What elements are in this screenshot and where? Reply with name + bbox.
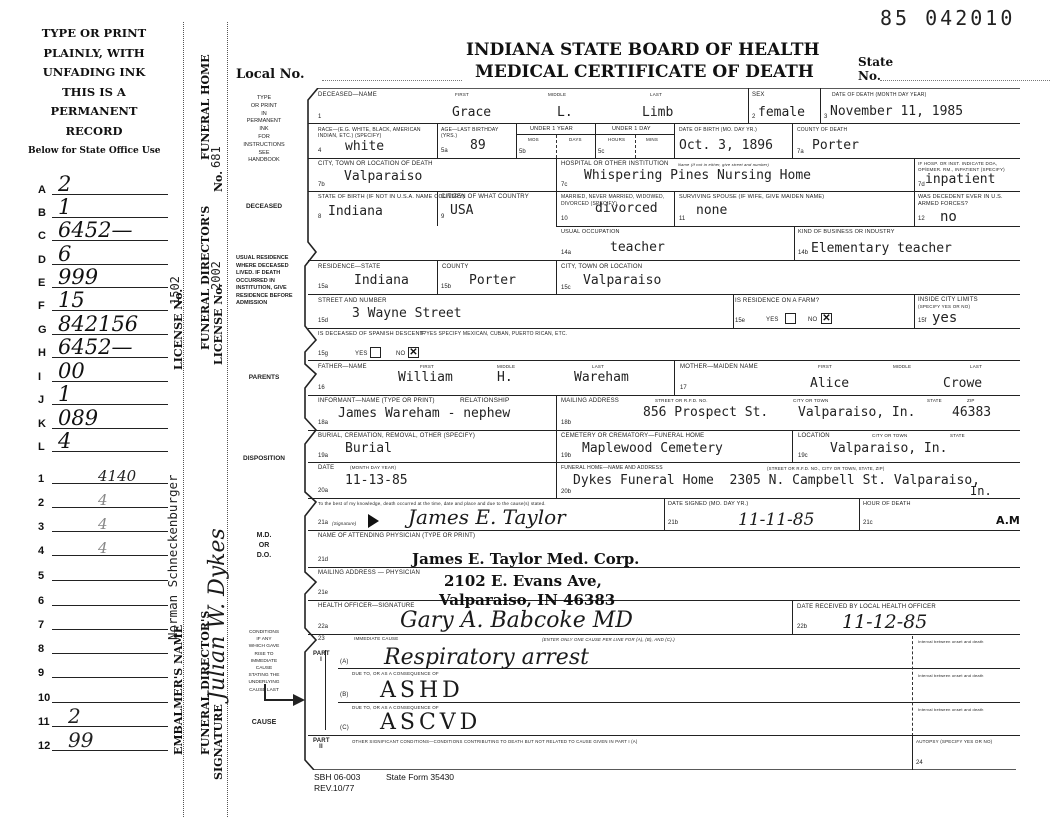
under-1-year-label: UNDER 1 YEAR: [530, 126, 573, 132]
res-county-label: COUNTY: [442, 264, 469, 270]
code-value[interactable]: 6: [58, 242, 71, 266]
rule: [792, 430, 793, 462]
field-number: 15e: [735, 318, 745, 324]
father-middle-label: MIDDLE: [497, 364, 515, 369]
note-line: SEE: [233, 150, 295, 158]
spanish-no-label: NO: [396, 351, 405, 357]
code-value[interactable]: 089: [58, 406, 98, 430]
code-key: C: [38, 230, 46, 242]
field-number: 14b: [798, 250, 808, 256]
field-number: 15g: [318, 351, 328, 357]
rule: [748, 88, 749, 123]
form-code: SBH 06-003: [314, 772, 360, 782]
rule: [733, 294, 734, 328]
note-line: PERMANENT: [233, 118, 295, 126]
field-number: 20a: [318, 488, 328, 494]
director-signature[interactable]: Julian W. Dykes: [205, 528, 230, 700]
father-middle[interactable]: H.: [497, 370, 513, 385]
embalmer-license-no[interactable]: 1502: [168, 276, 182, 305]
sex-label: SEX: [752, 92, 765, 98]
code-value[interactable]: 4140: [98, 467, 136, 485]
disposition-value[interactable]: Burial: [345, 441, 392, 456]
rule: [914, 158, 915, 226]
date-signed-label: DATE SIGNED (Mo. Day Yr.): [668, 501, 748, 507]
mother-middle-label: MIDDLE: [893, 364, 911, 369]
play-arrow-icon: [368, 514, 379, 528]
code-key: 12: [38, 740, 50, 752]
note-line: TYPE: [233, 95, 295, 103]
note-line: ADMISSION: [236, 300, 306, 308]
instruction-line: UNFADING INK: [20, 63, 168, 83]
deceased-first-name[interactable]: Grace: [452, 105, 491, 120]
rule: [308, 462, 1020, 463]
rule: [556, 260, 557, 294]
city-limits-sublabel: (SPECIFY YES OR NO): [918, 304, 970, 309]
rule: [556, 226, 1020, 227]
code-line: [52, 702, 168, 703]
spanish-label: IS DECEASED OF SPANISH DESCENT?: [318, 331, 426, 337]
rule: [308, 530, 1020, 531]
director-license-no[interactable]: 2002: [209, 261, 223, 290]
mailing-city-label: CITY OR TOWN: [793, 398, 828, 403]
father-last-label: LAST: [592, 364, 604, 369]
state-office-row: 14140: [38, 467, 168, 487]
spanish-no-checkbox[interactable]: ✕: [408, 347, 419, 358]
code-value[interactable]: 4: [58, 429, 71, 453]
date-received-value[interactable]: 11-12-85: [842, 611, 927, 633]
mailing-street-label: STREET OR R.F.D. NO.: [655, 398, 708, 403]
deceased-middle-name[interactable]: L.: [557, 105, 573, 120]
days-label: DAYS: [569, 137, 582, 142]
sex-value[interactable]: female: [758, 105, 805, 120]
state-office-label: Below for State Office Use: [28, 146, 161, 156]
field-number: 12: [918, 216, 925, 222]
code-value[interactable]: 842156: [58, 312, 138, 336]
state-office-row: 5: [38, 564, 168, 584]
occupation-label: USUAL OCCUPATION: [561, 229, 620, 235]
note-line: OR: [233, 541, 295, 551]
father-label: FATHER—NAME: [318, 364, 367, 370]
code-value[interactable]: 99: [68, 728, 93, 752]
state-office-row: 6: [38, 589, 168, 609]
field-number: 17: [680, 385, 687, 391]
rule: [859, 498, 860, 530]
rule: [437, 123, 438, 158]
note-line: INSTRUCTIONS: [233, 142, 295, 150]
father-first[interactable]: William: [398, 370, 453, 385]
res-city-label: CITY, TOWN OR LOCATION: [561, 264, 642, 270]
code-line: [52, 629, 168, 630]
embalmer-name-label: EMBALMER'S NAME: [172, 625, 185, 755]
cause-a-label: (a): [340, 659, 349, 665]
state-no-field[interactable]: [880, 80, 1050, 81]
code-value[interactable]: 1: [58, 195, 71, 219]
code-key: 10: [38, 692, 50, 704]
instruction-line: RECORD: [20, 122, 168, 142]
state-office-row: 1299: [38, 734, 168, 754]
code-value[interactable]: 4: [98, 491, 108, 509]
field-number: 22b: [797, 624, 807, 630]
field-number: 15f: [918, 318, 926, 324]
funeral-home-value-2[interactable]: In.: [970, 484, 992, 498]
physician-addr-line1[interactable]: 2102 E. Evans Ave,: [444, 572, 602, 590]
field-number: 14a: [561, 250, 571, 256]
funeral-home-field-label: FUNERAL HOME—NAME AND ADDRESS: [561, 465, 663, 471]
spouse-label: SURVIVING SPOUSE (If wife, give maiden n…: [679, 194, 824, 200]
interval-c: Interval between onset and death: [918, 707, 984, 712]
signature-label: (Signature): [332, 521, 356, 526]
occupation-value[interactable]: teacher: [610, 240, 665, 255]
code-key: 6: [38, 595, 44, 607]
certifier-signature[interactable]: James E. Taylor: [408, 505, 566, 529]
mother-first-label: FIRST: [818, 364, 832, 369]
note-line: CONDITIONS: [233, 629, 295, 636]
field-number: 8: [318, 214, 321, 220]
note-line: STATING THE: [233, 672, 295, 679]
code-value[interactable]: 999: [58, 265, 98, 289]
field-number: 19c: [798, 453, 808, 459]
res-street-label: STREET AND NUMBER: [318, 298, 387, 304]
code-value[interactable]: 2: [58, 172, 71, 196]
dob-value[interactable]: Oct. 3, 1896: [679, 138, 773, 153]
code-key: G: [38, 324, 47, 336]
rule: [437, 260, 438, 294]
code-key: 5: [38, 570, 44, 582]
health-officer-signature[interactable]: Gary A. Babcoke MD: [400, 608, 633, 633]
under-1-day-label: UNDER 1 DAY: [612, 126, 651, 132]
state-office-row: F15: [38, 294, 168, 314]
note-line: CAUSE: [233, 665, 295, 672]
business-value[interactable]: Elementary teacher: [811, 241, 952, 256]
hospital-label: HOSPITAL OR OTHER INSTITUTION: [561, 161, 668, 167]
city-limits-value[interactable]: yes: [932, 310, 957, 326]
mos-label: MOS: [528, 137, 539, 142]
mailing-label: MAILING ADDRESS: [561, 398, 619, 404]
note-line: HANDBOOK: [233, 157, 295, 165]
autopsy-label: AUTOPSY (Specify Yes or No): [916, 739, 992, 744]
field-number: 4: [318, 148, 321, 154]
note-line: WHICH GAVE: [233, 643, 295, 650]
state-office-row: L4: [38, 435, 168, 455]
state-office-row: 112: [38, 710, 168, 730]
note-line: LIVED. IF DEATH: [236, 270, 306, 278]
spouse-value[interactable]: none: [696, 203, 727, 218]
spanish-yes-checkbox[interactable]: [370, 347, 381, 358]
note-line: FOR: [233, 134, 295, 142]
instruction-line: THIS IS A: [20, 83, 168, 103]
mailing-street[interactable]: 856 Prospect St.: [643, 405, 768, 420]
rule: [595, 123, 596, 158]
code-key: 1: [38, 473, 44, 485]
mother-first[interactable]: Alice: [810, 376, 849, 391]
note-line: M.D.: [233, 531, 295, 541]
code-key: 2: [38, 497, 44, 509]
page-title-line2: MEDICAL CERTIFICATE OF DEATH: [475, 62, 814, 82]
armed-forces-value[interactable]: no: [940, 209, 957, 225]
rule: [308, 360, 1020, 361]
funeral-home-no[interactable]: 681: [209, 146, 223, 168]
code-value[interactable]: 6452—: [58, 335, 132, 359]
rule: [635, 135, 636, 158]
note-line: USUAL RESIDENCE: [236, 255, 306, 263]
enter-note: (ENTER ONLY ONE CAUSE PER LINE FOR (a), …: [542, 637, 675, 642]
state-office-row: 9: [38, 661, 168, 681]
embalmer-name[interactable]: Norman Schneckenburger: [165, 474, 180, 640]
code-value[interactable]: 4: [98, 539, 108, 557]
local-no-field[interactable]: [322, 80, 462, 81]
rule: [308, 328, 1020, 329]
rule: [914, 294, 915, 328]
section-cause: CAUSE: [233, 719, 295, 727]
field-number: 5c: [598, 149, 604, 155]
mailing-city[interactable]: Valparaiso, In.: [798, 405, 915, 420]
funeral-home-value[interactable]: Dykes Funeral Home 2305 N. Campbell St. …: [573, 473, 980, 488]
rule: [820, 88, 821, 123]
note-line: D.O.: [233, 551, 295, 561]
rule: [308, 600, 1020, 601]
code-value[interactable]: 2: [68, 704, 81, 728]
state-office-row: 44: [38, 539, 168, 559]
rule: [556, 158, 557, 226]
rule: [674, 123, 675, 158]
cemetery-label: CEMETERY OR CREMATORY—FUNERAL HOME: [561, 433, 704, 439]
field-number: 19a: [318, 453, 328, 459]
rule: [556, 430, 557, 498]
state-office-row: 24: [38, 491, 168, 511]
rule: [308, 634, 1020, 635]
field-number: 21c: [863, 520, 873, 526]
rule: [556, 395, 557, 430]
physician-addr-line2[interactable]: Valparaiso, IN 46383: [439, 591, 615, 609]
field-number: 15a: [318, 284, 328, 290]
mailing-zip[interactable]: 46383: [952, 405, 991, 420]
funeral-home-sublabel: (STREET OR R.F.D. NO., CITY OR TOWN, STA…: [767, 466, 885, 471]
code-value[interactable]: 6452—: [58, 218, 132, 242]
hosp-status-label: IF HOSP. OR INST. Indicate DOA, OP/Emer.…: [918, 161, 1018, 172]
field-number: 9: [441, 214, 444, 220]
mother-label: MOTHER—MAIDEN NAME: [680, 364, 758, 370]
mailing-state-label: STATE: [927, 398, 942, 403]
rule: [308, 395, 1020, 396]
field-number: 15b: [441, 284, 451, 290]
last-label: LAST: [650, 92, 662, 97]
field-number: 10: [561, 216, 568, 222]
citizen-value[interactable]: USA: [450, 203, 473, 218]
section-deceased: DECEASED: [233, 203, 295, 211]
informant-label: INFORMANT—NAME (Type or print): [318, 398, 435, 404]
state-office-row: 34: [38, 515, 168, 535]
instruction-line: PERMANENT: [20, 102, 168, 122]
deceased-last-name[interactable]: Limb: [642, 105, 673, 120]
disp-date-label: DATE: [318, 465, 334, 471]
page-title-line1: INDIANA STATE BOARD OF HEALTH: [466, 40, 820, 60]
date-signed-value[interactable]: 11-11-85: [738, 510, 814, 530]
rule: [308, 260, 1020, 261]
res-city-value[interactable]: Valparaiso: [583, 273, 661, 288]
funeral-home-label: FUNERAL HOME: [199, 54, 212, 160]
code-key: J: [38, 394, 44, 406]
section-disposition: DISPOSITION: [228, 455, 300, 463]
cemetery-value[interactable]: Maplewood Cemetery: [582, 441, 723, 456]
citizen-label: CITIZEN OF WHAT COUNTRY: [441, 194, 529, 200]
part2-label: PART II: [313, 738, 329, 750]
code-line: [52, 677, 168, 678]
mins-label: MINS: [646, 137, 658, 142]
cause-c-value[interactable]: ASCVD: [380, 710, 481, 735]
field-number: 2: [752, 114, 755, 120]
physician-name-label: NAME OF ATTENDING PHYSICIAN (Type or Pri…: [318, 533, 475, 539]
res-state-value[interactable]: Indiana: [354, 273, 409, 288]
age-value[interactable]: 89: [470, 138, 486, 153]
city-limits-label: INSIDE CITY LIMITS: [918, 297, 978, 303]
code-key: 3: [38, 521, 44, 533]
business-label: KIND OF BUSINESS OR INDUSTRY: [798, 229, 895, 235]
field-number: 5b: [519, 149, 526, 155]
farm-yes-checkbox[interactable]: [785, 313, 796, 324]
field-number: 5a: [441, 148, 448, 154]
race-value[interactable]: white: [345, 139, 384, 154]
note-line: RESIDENCE BEFORE: [236, 293, 306, 301]
marital-value[interactable]: divorced: [595, 201, 658, 216]
field-number: 20b: [561, 489, 571, 495]
race-label: RACE—(e.g. White, Black, American Indian…: [318, 127, 430, 139]
spanish-sublabel: IF YES SPECIFY MEXICAN, CUBAN, PUERTO RI…: [420, 331, 567, 337]
state-office-row: 10: [38, 686, 168, 706]
revision: REV.10/77: [314, 783, 354, 793]
field-number: 24: [916, 760, 923, 766]
cause-c-label: (c): [340, 725, 349, 731]
farm-yes-label: YES: [766, 317, 779, 323]
instructions-block: TYPE OR PRINT PLAINLY, WITH UNFADING INK…: [20, 24, 168, 141]
farm-label: IS RESIDENCE ON A FARM?: [735, 298, 819, 304]
rule: [664, 498, 665, 530]
interval-a: Interval between onset and death: [918, 639, 984, 644]
armed-forces-label: WAS DECEDENT EVER IN U.S. ARMED FORCES?: [918, 194, 1018, 208]
code-key: F: [38, 300, 45, 312]
code-key: 8: [38, 643, 44, 655]
section-usual-residence: USUAL RESIDENCE WHERE DECEASED LIVED. IF…: [236, 255, 306, 308]
field-number: 7a: [797, 149, 804, 155]
other-conditions-label: OTHER SIGNIFICANT CONDITIONS—Conditions …: [352, 739, 638, 744]
instruction-line: PLAINLY, WITH: [20, 44, 168, 64]
note-line: INK: [233, 126, 295, 134]
code-key: B: [38, 207, 46, 219]
certificate-number: 85 042010: [880, 6, 1015, 30]
mother-last[interactable]: Crowe: [943, 376, 982, 391]
informant-value[interactable]: James Wareham - nephew: [338, 406, 510, 421]
cause-b-value[interactable]: ASHD: [380, 678, 464, 703]
field-number: 23: [318, 636, 325, 642]
rule: [308, 735, 1020, 736]
location-label: LOCATION: [798, 433, 830, 439]
rule: [912, 636, 913, 736]
physician-addr-label: MAILING ADDRESS — PHYSICIAN: [318, 570, 420, 576]
state-office-row: 8: [38, 637, 168, 657]
date-of-death-value[interactable]: November 11, 1985: [830, 104, 963, 119]
rule: [792, 600, 793, 634]
field-number: 7c: [561, 182, 567, 188]
note-line: WHERE DECEASED: [236, 263, 306, 271]
field-number: 21d: [318, 557, 328, 563]
hour-of-death-label: HOUR OF DEATH: [863, 501, 911, 507]
code-value[interactable]: 1: [58, 382, 71, 406]
rule: [308, 430, 1020, 431]
code-value[interactable]: 15: [58, 288, 85, 312]
section-parents: PARENTS: [233, 374, 295, 382]
date-of-death-label: DATE OF DEATH (MONTH DAY YEAR): [832, 92, 926, 98]
city-of-death-value[interactable]: Valparaiso: [344, 169, 422, 184]
state-form-number: State Form 35430: [386, 772, 454, 782]
part1-label: PART I: [313, 651, 329, 663]
type-print-note: TYPE OR PRINT IN PERMANENT INK FOR INSTR…: [233, 95, 295, 165]
local-no-label: Local No.: [236, 67, 304, 82]
director-sig-label2: SIGNATURE: [212, 704, 225, 780]
code-key: H: [38, 347, 46, 359]
section-md-do: M.D. OR D.O.: [233, 531, 295, 561]
hours-label: HOURS: [608, 137, 625, 142]
mailing-zip-label: ZIP: [967, 398, 975, 403]
city-of-death-label: CITY, TOWN OR LOCATION OF DEATH: [318, 161, 433, 167]
hospital-value[interactable]: Whispering Pines Nursing Home: [584, 168, 811, 183]
field-number: 3: [824, 114, 827, 120]
field-number: 1: [318, 114, 321, 120]
state-office-row: J1: [38, 388, 168, 408]
disp-date-sublabel: (MONTH DAY YEAR): [350, 465, 396, 470]
code-key: A: [38, 184, 46, 196]
first-label: FIRST: [455, 92, 469, 97]
location-value[interactable]: Valparaiso, In.: [830, 441, 947, 456]
code-value[interactable]: 00: [58, 359, 85, 383]
father-last[interactable]: Wareham: [574, 370, 629, 385]
rule: [308, 123, 1020, 124]
note-line: INSTITUTION, GIVE: [236, 285, 306, 293]
code-line: [52, 653, 168, 654]
hour-of-death-value[interactable]: A.M: [996, 514, 1020, 527]
state-office-row: C6452—: [38, 224, 168, 244]
res-street-value[interactable]: 3 Wayne Street: [352, 306, 462, 321]
code-key: I: [38, 371, 41, 383]
rule: [516, 134, 674, 135]
hosp-status-value[interactable]: inpatient: [925, 172, 995, 187]
cause-b-label: (b): [340, 692, 349, 698]
county-of-death-value[interactable]: Porter: [812, 138, 859, 153]
field-number: 18b: [561, 420, 571, 426]
res-county-value[interactable]: Porter: [469, 273, 516, 288]
physician-name-value[interactable]: James E. Taylor Med. Corp.: [412, 550, 639, 568]
farm-no-checkbox[interactable]: ✕: [821, 313, 832, 324]
father-first-label: FIRST: [420, 364, 434, 369]
note-line: RISE TO: [233, 651, 295, 658]
field-number: 15c: [561, 285, 571, 291]
code-key: K: [38, 418, 46, 430]
cause-a-value[interactable]: Respiratory arrest: [384, 645, 589, 670]
code-key: D: [38, 254, 46, 266]
disposition-label: BURIAL, CREMATION, REMOVAL, OTHER (Speci…: [318, 433, 475, 439]
state-of-birth-value[interactable]: Indiana: [328, 204, 383, 219]
disp-date-value[interactable]: 11-13-85: [345, 473, 408, 488]
dob-label: DATE OF BIRTH (Mo. Day Yr.): [679, 127, 757, 133]
farm-no-label: NO: [808, 317, 817, 323]
middle-label: MIDDLE: [548, 92, 566, 97]
code-key: 4: [38, 545, 44, 557]
code-line: [52, 507, 168, 508]
res-state-label: RESIDENCE—STATE: [318, 264, 380, 270]
code-key: 11: [38, 716, 50, 728]
code-value[interactable]: 4: [98, 515, 108, 533]
code-line: [52, 555, 168, 556]
location-state-label: STATE: [950, 433, 965, 438]
rule: [556, 135, 557, 158]
